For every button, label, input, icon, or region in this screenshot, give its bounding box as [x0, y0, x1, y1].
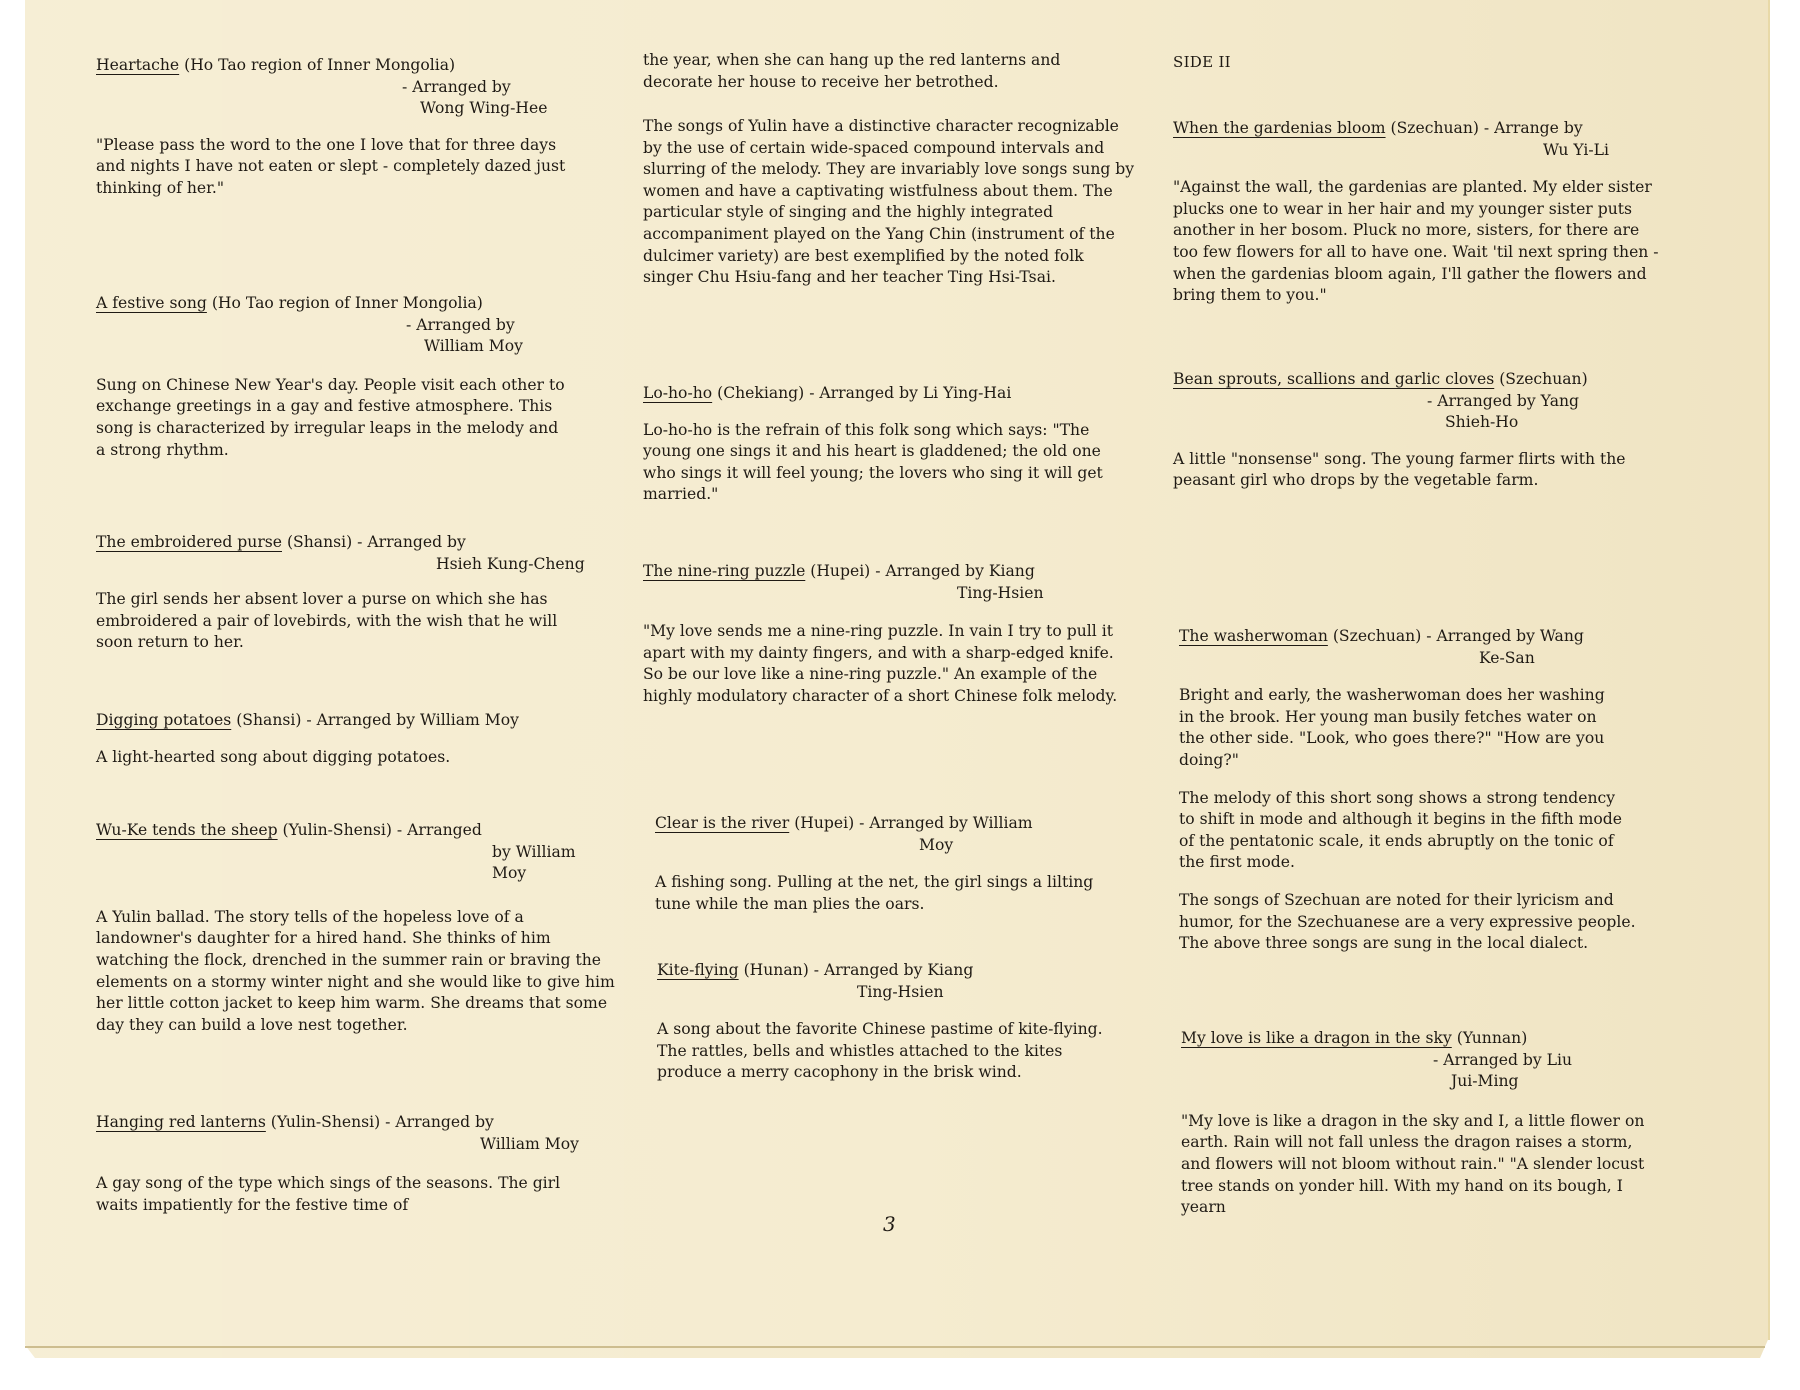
song-description: The songs of Szechuan are noted for thei…: [1173, 890, 1669, 955]
song-description: "My love is like a dragon in the sky and…: [1173, 1111, 1651, 1219]
song-entry-embroidered-purse: The embroidered purse (Shansi) - Arrange…: [96, 532, 636, 654]
song-region: (Ho Tao region of Inner Mongolia): [207, 294, 483, 312]
song-description: A fishing song. Pulling at the net, the …: [643, 872, 1115, 915]
arranger-line: William Moy: [96, 1134, 636, 1156]
song-region: (Yulin-Shensi) - Arranged: [278, 821, 482, 839]
song-region: (Yunnan): [1452, 1029, 1528, 1047]
song-entry-hanging-red-lanterns: Hanging red lanterns (Yulin-Shensi) - Ar…: [96, 1112, 636, 1216]
arranger-line: - Arranged by Yang: [1173, 391, 1673, 413]
song-description: Lo-ho-ho is the refrain of this folk son…: [643, 420, 1113, 506]
paper-bottom-edge: [25, 1346, 1765, 1348]
song-entry-clear-is-the-river: Clear is the river (Hupei) - Arranged by…: [643, 813, 1143, 915]
song-title: The embroidered purse: [96, 533, 282, 551]
song-entry-wu-ke-tends-the-sheep: Wu-Ke tends the sheep (Yulin-Shensi) - A…: [96, 820, 636, 1036]
song-title: The nine-ring puzzle: [643, 562, 805, 580]
song-title: My love is like a dragon in the sky: [1181, 1029, 1452, 1047]
song-description: "Against the wall, the gardenias are pla…: [1173, 177, 1663, 307]
song-region: (Hunan) - Arranged by Kiang: [739, 961, 974, 979]
song-description: A gay song of the type which sings of th…: [96, 1173, 596, 1216]
song-region: (Hupei) - Arranged by William: [789, 814, 1032, 832]
song-title: Clear is the river: [655, 814, 789, 832]
yulin-songs-note: The songs of Yulin have a distinctive ch…: [643, 116, 1135, 289]
song-region: (Shansi) - Arranged by William Moy: [231, 711, 519, 729]
song-title: Wu-Ke tends the sheep: [96, 821, 278, 839]
song-region: (Shansi) - Arranged by: [282, 533, 466, 551]
arranger-line: Wong Wing-Hee: [96, 98, 636, 120]
song-description: Bright and early, the washerwoman does h…: [1173, 685, 1619, 771]
arranger-line: - Arranged by Liu: [1173, 1050, 1673, 1072]
song-title: Lo-ho-ho: [643, 384, 712, 402]
song-title: Digging potatoes: [96, 711, 231, 729]
song-entry-bean-sprouts: Bean sprouts, scallions and garlic clove…: [1173, 369, 1673, 492]
song-description: The melody of this short song shows a st…: [1173, 788, 1629, 874]
song-region: (Ho Tao region of Inner Mongolia): [179, 56, 455, 74]
song-title: When the gardenias bloom: [1173, 119, 1386, 137]
arranger-line: by William: [96, 842, 636, 864]
song-entry-festive-song: A festive song (Ho Tao region of Inner M…: [96, 293, 636, 461]
song-entry-lo-ho-ho: Lo-ho-ho (Chekiang) - Arranged by Li Yin…: [643, 383, 1143, 506]
paper-right-edge: [1768, 0, 1770, 1340]
song-region: (Szechuan) - Arrange by: [1386, 119, 1583, 137]
song-title: Heartache: [96, 56, 179, 74]
song-description: A little "nonsense" song. The young farm…: [1173, 449, 1653, 492]
arranger-line: William Moy: [96, 336, 636, 358]
song-region: (Szechuan) - Arranged by Wang: [1328, 627, 1584, 645]
arranger-line: Wu Yi-Li: [1173, 140, 1673, 162]
song-description: A song about the favorite Chinese pastim…: [643, 1019, 1127, 1084]
song-title: A festive song: [96, 294, 207, 312]
song-region: (Hupei) - Arranged by Kiang: [805, 562, 1035, 580]
arranger-line: - Arranged by: [96, 77, 636, 99]
song-description: The girl sends her absent lover a purse …: [96, 589, 576, 654]
arranger-line: - Arranged by: [96, 315, 636, 337]
continued-description: the year, when she can hang up the red l…: [643, 50, 1133, 93]
song-entry-digging-potatoes: Digging potatoes (Shansi) - Arranged by …: [96, 710, 636, 768]
song-region: (Chekiang) - Arranged by Li Ying-Hai: [712, 384, 1011, 402]
song-entry-kite-flying: Kite-flying (Hunan) - Arranged by Kiang …: [643, 960, 1143, 1084]
song-entry-gardenias-bloom: When the gardenias bloom (Szechuan) - Ar…: [1173, 118, 1673, 307]
song-description: Sung on Chinese New Year's day. People v…: [96, 375, 566, 461]
arranger-line: Ke-San: [1173, 648, 1673, 670]
song-title: The washerwoman: [1179, 627, 1328, 645]
song-region: (Szechuan): [1494, 370, 1587, 388]
song-region: (Yulin-Shensi) - Arranged by: [266, 1113, 494, 1131]
song-entry-nine-ring-puzzle: The nine-ring puzzle (Hupei) - Arranged …: [643, 561, 1143, 708]
arranger-line: Ting-Hsien: [643, 982, 1143, 1004]
song-entry-heartache: Heartache (Ho Tao region of Inner Mongol…: [96, 55, 636, 200]
arranger-line: Ting-Hsien: [643, 583, 1143, 605]
song-title: Bean sprouts, scallions and garlic clove…: [1173, 370, 1494, 388]
song-title: Hanging red lanterns: [96, 1113, 266, 1131]
arranger-line: Hsieh Kung-Cheng: [96, 554, 636, 576]
side-label: SIDE II: [1173, 52, 1231, 74]
song-description: "Please pass the word to the one I love …: [96, 135, 566, 200]
arranger-line: Jui-Ming: [1173, 1071, 1673, 1093]
song-entry-washerwoman: The washerwoman (Szechuan) - Arranged by…: [1173, 626, 1673, 955]
song-description: A light-hearted song about digging potat…: [96, 747, 636, 769]
song-description: "My love sends me a nine-ring puzzle. In…: [643, 621, 1133, 707]
song-description: A Yulin ballad. The story tells of the h…: [96, 907, 616, 1037]
arranger-line: Shieh-Ho: [1173, 412, 1673, 434]
song-entry-dragon-in-the-sky: My love is like a dragon in the sky (Yun…: [1173, 1028, 1673, 1219]
arranger-line: Moy: [643, 835, 1143, 857]
page-number: 3: [883, 1212, 896, 1236]
song-title: Kite-flying: [657, 961, 739, 979]
arranger-line: Moy: [96, 863, 636, 885]
